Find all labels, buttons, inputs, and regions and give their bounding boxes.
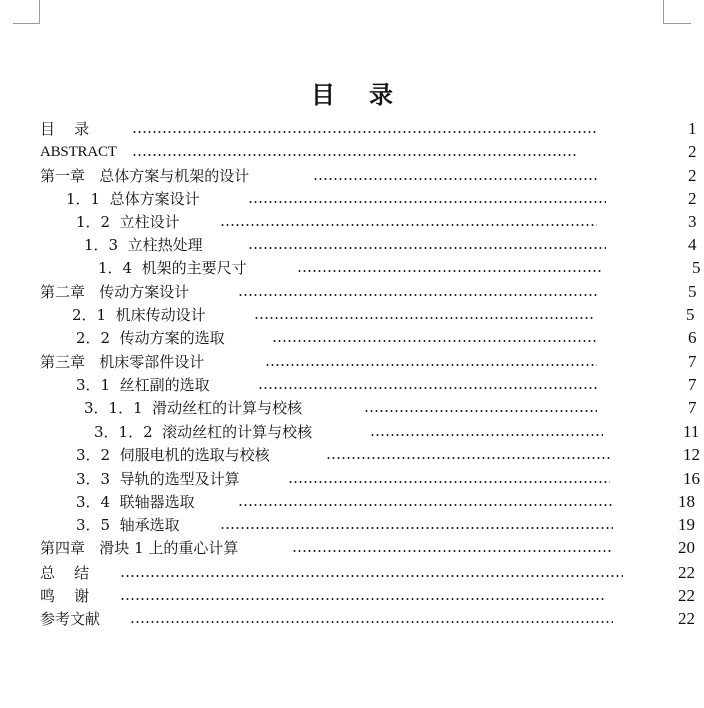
toc-page-number[interactable]: 20 bbox=[678, 538, 695, 558]
toc-page-number[interactable]: 12 bbox=[683, 445, 700, 465]
toc-page-number[interactable]: 16 bbox=[683, 469, 700, 489]
toc-page-number[interactable]: 22 bbox=[678, 586, 695, 606]
toc-entry[interactable]: 3．5 轴承选取19 bbox=[0, 515, 704, 535]
toc-entry[interactable]: 1．4 机架的主要尺寸5 bbox=[0, 258, 704, 278]
toc-dot-leader bbox=[248, 201, 606, 203]
toc-dot-leader bbox=[326, 457, 610, 459]
toc-entry-title[interactable]: 3．1．1 滑动丝杠的计算与校核 bbox=[84, 398, 302, 418]
toc-entry[interactable]: 3．2 伺服电机的选取与校核12 bbox=[0, 445, 704, 465]
toc-entry[interactable]: 2．2 传动方案的选取6 bbox=[0, 328, 704, 348]
toc-page-number[interactable]: 11 bbox=[683, 422, 699, 442]
toc-entry-title[interactable]: 3．2 伺服电机的选取与校核 bbox=[76, 445, 270, 465]
toc-entry-title[interactable]: 3．1 丝杠副的选取 bbox=[76, 375, 210, 395]
toc-entry[interactable]: 3．4 联轴器选取18 bbox=[0, 492, 704, 512]
toc-page-number[interactable]: 1 bbox=[688, 119, 697, 139]
toc-entry-title[interactable]: 1．2 立柱设计 bbox=[76, 212, 180, 232]
toc-entry-title[interactable]: 第四章 滑块 1 上的重心计算 bbox=[40, 538, 238, 558]
toc-dot-leader bbox=[265, 364, 597, 366]
toc-entry-title[interactable]: 1．4 机架的主要尺寸 bbox=[98, 258, 247, 278]
toc-page-number[interactable]: 5 bbox=[692, 258, 701, 278]
toc-dot-leader bbox=[132, 154, 578, 156]
toc-entry-title[interactable]: 2．2 传动方案的选取 bbox=[76, 328, 225, 348]
toc-page-number[interactable]: 2 bbox=[688, 142, 697, 162]
toc-dot-leader bbox=[238, 294, 597, 296]
toc-entry[interactable]: 第二章 传动方案设计5 bbox=[0, 282, 704, 302]
toc-dot-leader bbox=[130, 621, 613, 623]
toc-dot-leader bbox=[132, 131, 597, 133]
toc-dot-leader bbox=[288, 481, 610, 483]
page-corner-mark-top-right bbox=[663, 0, 691, 24]
toc-dot-leader bbox=[297, 270, 601, 272]
toc-entry-title[interactable]: 参考文献 bbox=[40, 609, 100, 629]
toc-entry-title[interactable]: 目 录 bbox=[40, 119, 89, 139]
toc-page-number[interactable]: 19 bbox=[678, 515, 695, 535]
toc-dot-leader bbox=[364, 410, 597, 412]
toc-entry-title[interactable]: 3．3 导轨的选型及计算 bbox=[76, 469, 240, 489]
toc-dot-leader bbox=[220, 527, 613, 529]
toc-entry-title[interactable]: 3．4 联轴器选取 bbox=[76, 492, 195, 512]
toc-entry[interactable]: 1．2 立柱设计3 bbox=[0, 212, 704, 232]
toc-dot-leader bbox=[370, 434, 603, 436]
toc-entry-title[interactable]: 总 结 bbox=[40, 563, 89, 583]
page-title-char-2: 录 bbox=[369, 80, 393, 110]
toc-page-number[interactable]: 7 bbox=[688, 398, 697, 418]
toc-page-number[interactable]: 3 bbox=[688, 212, 697, 232]
toc-entry[interactable]: 3．1．1 滑动丝杠的计算与校核7 bbox=[0, 398, 704, 418]
page-title: 目录 bbox=[0, 80, 704, 110]
toc-dot-leader bbox=[220, 224, 597, 226]
page-corner-mark-top-left bbox=[13, 0, 40, 24]
toc-dot-leader bbox=[238, 504, 613, 506]
toc-entry[interactable]: 总 结22 bbox=[0, 563, 704, 583]
toc-entry[interactable]: 鸣 谢22 bbox=[0, 586, 704, 606]
toc-entry[interactable]: 3．3 导轨的选型及计算16 bbox=[0, 469, 704, 489]
page-title-char-1: 目 bbox=[311, 80, 335, 110]
toc-page-number[interactable]: 22 bbox=[678, 563, 695, 583]
toc-entry-title[interactable]: 1．3 立柱热处理 bbox=[84, 235, 203, 255]
toc-entry-title[interactable]: 鸣 谢 bbox=[40, 586, 89, 606]
toc-entry[interactable]: 3．1．2 滚动丝杠的计算与校核11 bbox=[0, 422, 704, 442]
toc-dot-leader bbox=[120, 575, 623, 577]
toc-entry[interactable]: 目 录1 bbox=[0, 119, 704, 139]
toc-page-number[interactable]: 2 bbox=[688, 189, 697, 209]
toc-page-number[interactable]: 4 bbox=[688, 235, 697, 255]
toc-dot-leader bbox=[292, 550, 613, 552]
toc-page-number[interactable]: 7 bbox=[688, 375, 697, 395]
toc-page-number[interactable]: 18 bbox=[678, 492, 695, 512]
toc-entry[interactable]: 第一章 总体方案与机架的设计2 bbox=[0, 166, 704, 186]
toc-dot-leader bbox=[313, 178, 597, 180]
toc-dot-leader bbox=[258, 387, 597, 389]
toc-page-number[interactable]: 5 bbox=[686, 305, 695, 325]
toc-entry-title[interactable]: 第三章 机床零部件设计 bbox=[40, 352, 204, 372]
toc-dot-leader bbox=[120, 598, 604, 600]
toc-entry-title[interactable]: 2．1 机床传动设计 bbox=[72, 305, 206, 325]
toc-entry[interactable]: 1．3 立柱热处理4 bbox=[0, 235, 704, 255]
toc-entry[interactable]: 第四章 滑块 1 上的重心计算20 bbox=[0, 538, 704, 558]
toc-entry[interactable]: 1．1 总体方案设计2 bbox=[0, 189, 704, 209]
toc-dot-leader bbox=[272, 340, 597, 342]
toc-entry-title[interactable]: 3．5 轴承选取 bbox=[76, 515, 180, 535]
toc-entry[interactable]: 参考文献22 bbox=[0, 609, 704, 629]
toc-dot-leader bbox=[248, 247, 606, 249]
toc-entry[interactable]: 2．1 机床传动设计5 bbox=[0, 305, 704, 325]
toc-entry-title[interactable]: 第一章 总体方案与机架的设计 bbox=[40, 166, 249, 186]
toc-entry[interactable]: 3．1 丝杠副的选取7 bbox=[0, 375, 704, 395]
toc-entry-title[interactable]: 第二章 传动方案设计 bbox=[40, 282, 189, 302]
toc-entry-title[interactable]: 1．1 总体方案设计 bbox=[66, 189, 200, 209]
toc-entry-title[interactable]: ABSTRACT bbox=[40, 142, 117, 162]
toc-dot-leader bbox=[254, 317, 594, 319]
toc-page-number[interactable]: 5 bbox=[688, 282, 697, 302]
toc-page-number[interactable]: 7 bbox=[688, 352, 697, 372]
toc-entry-title[interactable]: 3．1．2 滚动丝杠的计算与校核 bbox=[94, 422, 312, 442]
toc-entry[interactable]: ABSTRACT2 bbox=[0, 142, 704, 162]
toc-entry[interactable]: 第三章 机床零部件设计7 bbox=[0, 352, 704, 372]
toc-page-number[interactable]: 2 bbox=[688, 166, 697, 186]
toc-page-number[interactable]: 22 bbox=[678, 609, 695, 629]
toc-page-number[interactable]: 6 bbox=[688, 328, 697, 348]
